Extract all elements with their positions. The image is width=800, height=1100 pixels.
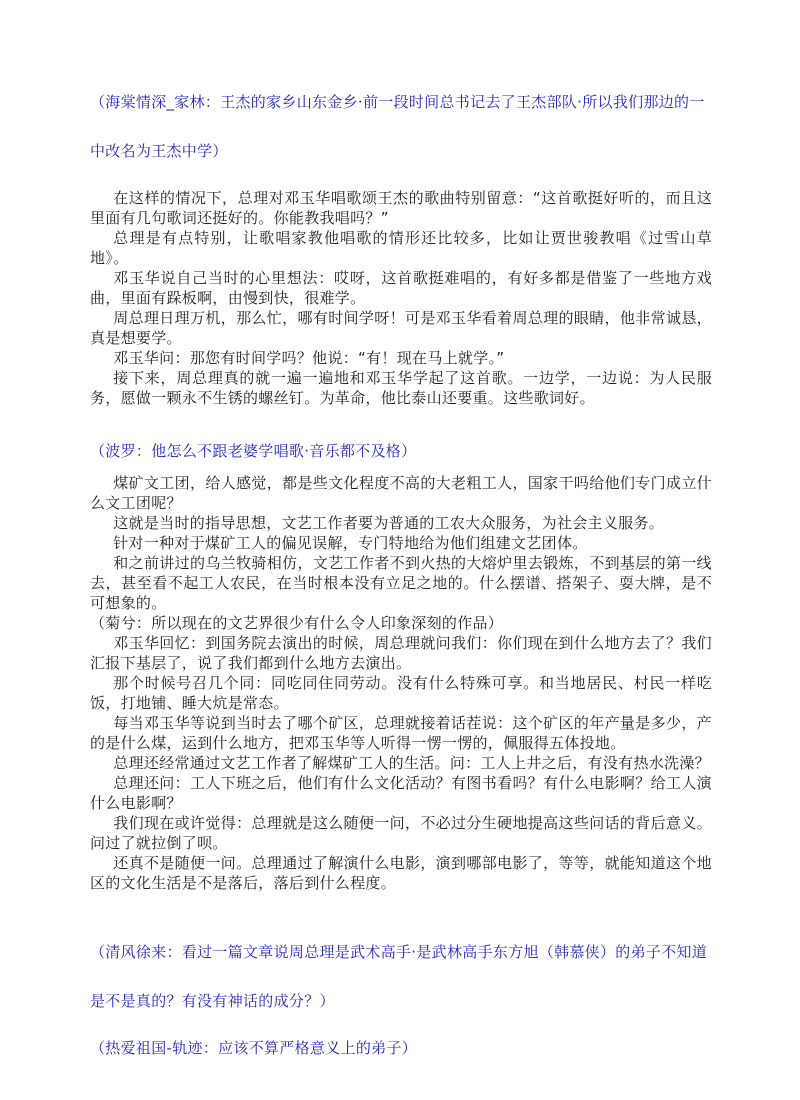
paragraph: 总理还问：工人下班之后，他们有什么文化活动？有图书看吗？有什么电影啊？给工人演什… xyxy=(90,773,712,813)
paragraph: 这就是当时的指导思想，文艺工作者要为普通的工农大众服务，为社会主义服务。 xyxy=(90,513,712,533)
netizen-comment: （热爱祖国-轨迹：应该不算严格意义上的弟子） xyxy=(90,1038,712,1058)
netizen-comment: （波罗：他怎么不跟老婆学唱歌·音乐都不及格） xyxy=(90,441,712,461)
paragraph: 总理是有点特别，让歌唱家教他唱歌的情形还比较多，比如让贾世骏教唱《过雪山草地》。 xyxy=(90,228,712,268)
paragraph: 那个时候号召几个同：同吃同住同劳动。没有什么特殊可享。和当地居民、村民一样吃饭，… xyxy=(90,673,712,713)
paragraph: 邓玉华回忆：到国务院去演出的时候，周总理就问我们：你们现在到什么地方去了？我们汇… xyxy=(90,633,712,673)
paragraph: 总理还经常通过文艺工作者了解煤矿工人的生活。问：工人上井之后，有没有热水洗澡？ xyxy=(90,753,712,773)
document-content: （海棠情深_家林：王杰的家乡山东金乡·前一段时间总书记去了王杰部队·所以我们那边… xyxy=(90,78,712,1070)
paragraph: 我们现在或许觉得：总理就是这么随便一问，不必过分生硬地提高这些问话的背后意义。问… xyxy=(90,813,712,853)
paragraph: 还真不是随便一问。总理通过了解演什么电影，演到哪部电影了，等等，就能知道这个地区… xyxy=(90,853,712,893)
paragraph: 每当邓玉华等说到当时去了哪个矿区，总理就接着话茬说：这个矿区的年产量是多少，产的… xyxy=(90,713,712,753)
netizen-comment: （海棠情深_家林：王杰的家乡山东金乡·前一段时间总书记去了王杰部队·所以我们那边… xyxy=(90,78,712,176)
paragraph: 针对一种对于煤矿工人的偏见误解，专门特地给为他们组建文艺团体。 xyxy=(90,533,712,553)
paragraph: 周总理日理万机，那么忙，哪有时间学呀！可是邓玉华看着周总理的眼睛，他非常诚恳，真… xyxy=(90,308,712,348)
paragraph: 接下来，周总理真的就一遍一遍地和邓玉华学起了这首歌。一边学，一边说：为人民服务，… xyxy=(90,368,712,408)
netizen-comment: （清风徐来：看过一篇文章说周总理是武术高手·是武林高手东方旭（韩慕侠）的弟子不知… xyxy=(90,928,712,1026)
document-page: （海棠情深_家林：王杰的家乡山东金乡·前一段时间总书记去了王杰部队·所以我们那边… xyxy=(0,0,800,1100)
paragraph: 和之前讲过的乌兰牧骑相仿，文艺工作者不到火热的大熔炉里去锻炼，不到基层的第一线去… xyxy=(90,553,712,613)
paragraph: 邓玉华说自己当时的心里想法：哎呀，这首歌挺难唱的，有好多都是借鉴了一些地方戏曲，… xyxy=(90,268,712,308)
inline-comment: （菊兮：所以现在的文艺界很少有什么令人印象深刻的作品） xyxy=(90,613,712,633)
paragraph: 在这样的情况下，总理对邓玉华唱歌颂王杰的歌曲特别留意：“这首歌挺好听的，而且这里… xyxy=(90,188,712,228)
paragraph: 煤矿文工团，给人感觉，都是些文化程度不高的大老粗工人，国家干吗给他们专门成立什么… xyxy=(90,473,712,513)
paragraph: 邓玉华问：那您有时间学吗？他说：“有！现在马上就学。” xyxy=(90,348,712,368)
